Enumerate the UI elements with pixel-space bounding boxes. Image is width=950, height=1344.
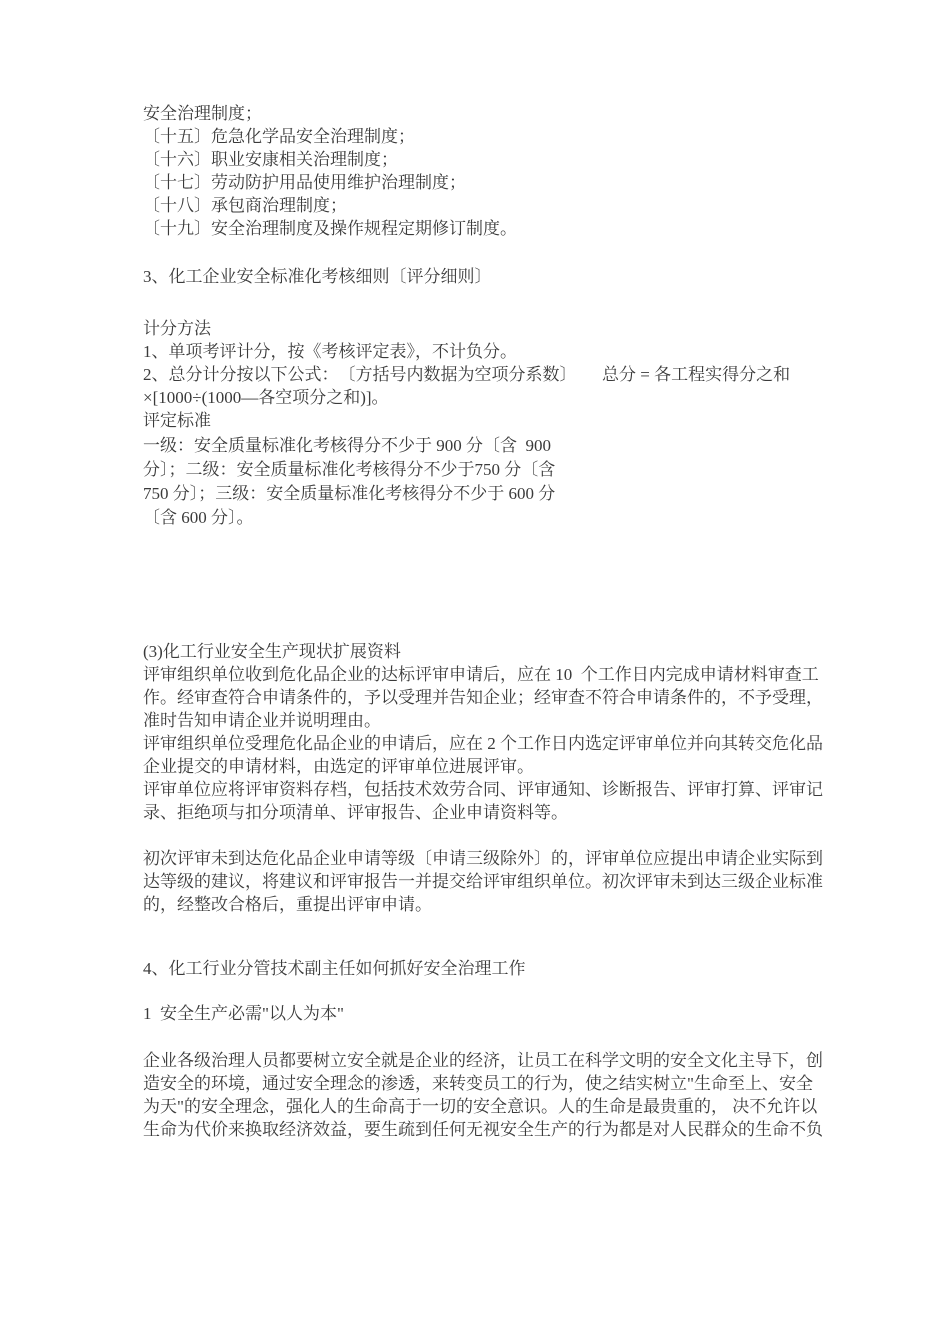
extended-info-block: (3)化工行业安全生产现状扩展资料 评审组织单位收到危化品企业的达标评审申请后，… (143, 640, 843, 824)
continued-policy-list: 安全治理制度； 〔十五〕危急化学品安全治理制度； 〔十六〕职业安康相关治理制度；… (143, 102, 843, 240)
paragraph-line: 造安全的环境，通过安全理念的渗透，来转变员工的行为，使之结实树立"生命至上、安全 (143, 1072, 843, 1095)
policy-line: 〔十六〕职业安康相关治理制度； (143, 148, 843, 171)
paragraph-line: 准时告知申请企业并说明理由。 (143, 709, 843, 732)
rating-line: 一级：安全质量标准化考核得分不少于 900 分〔含 900 (143, 434, 603, 458)
section4-heading-block: 4、化工行业分管技术副主任如何抓好安全治理工作 (143, 957, 843, 980)
scoring-formula-line: ×[1000÷(1000—各空项分之和)]。 (143, 386, 843, 409)
policy-line: 〔十五〕危急化学品安全治理制度； (143, 125, 843, 148)
rating-standard-title: 评定标准 (143, 409, 843, 432)
policy-line: 安全治理制度； (143, 102, 843, 125)
paragraph-line: 的，经整改合格后，重提出评审申请。 (143, 893, 843, 916)
rating-line: 〔含 600 分〕。 (143, 506, 603, 530)
rating-line: 分〕；二级：安全质量标准化考核得分不少于750 分〔含 (143, 458, 603, 482)
body-paragraph: 企业各级治理人员都要树立安全就是企业的经济，让员工在科学文明的安全文化主导下，创… (143, 1049, 843, 1141)
paragraph-line: 录、拒绝项与扣分项清单、评审报告、企业申请资料等。 (143, 801, 843, 824)
extended-info-heading: (3)化工行业安全生产现状扩展资料 (143, 640, 843, 663)
rating-line: 750 分〕；三级：安全质量标准化考核得分不少于 600 分 (143, 482, 603, 506)
paragraph-line: 为天"的安全理念，强化人的生命高于一切的安全意识。人的生命是最贵重的， 决不允许… (143, 1095, 843, 1118)
scoring-line: 1、单项考评计分，按《考核评定表》，不计负分。 (143, 340, 843, 363)
section3-heading-block: 3、化工企业安全标准化考核细则〔评分细则〕 (143, 265, 843, 288)
scoring-method-block: 计分方法 1、单项考评计分，按《考核评定表》，不计负分。 2、总分计分按以下公式… (143, 317, 843, 432)
policy-line: 〔十七〕劳动防护用品使用维护治理制度； (143, 171, 843, 194)
scoring-line: 2、总分计分按以下公式： 〔方括号内数据为空项分系数〕 总分 = 各工程实得分之… (143, 363, 843, 386)
paragraph-line: 企业各级治理人员都要树立安全就是企业的经济，让员工在科学文明的安全文化主导下，创 (143, 1049, 843, 1072)
section3-heading: 3、化工企业安全标准化考核细则〔评分细则〕 (143, 265, 843, 288)
paragraph-line: 生命为代价来换取经济效益，要生疏到任何无视安全生产的行为都是对人民群众的生命不负 (143, 1118, 843, 1141)
section4-heading: 4、化工行业分管技术副主任如何抓好安全治理工作 (143, 957, 843, 980)
document-page: 安全治理制度； 〔十五〕危急化学品安全治理制度； 〔十六〕职业安康相关治理制度；… (0, 0, 950, 1344)
initial-review-paragraph: 初次评审未到达危化品企业申请等级〔申请三级除外〕的，评审单位应提出申请企业实际到… (143, 847, 843, 916)
paragraph-line: 评审单位应将评审资料存档，包括技术效劳合同、评审通知、诊断报告、评审打算、评审记 (143, 778, 843, 801)
paragraph-line: 初次评审未到达危化品企业申请等级〔申请三级除外〕的，评审单位应提出申请企业实际到 (143, 847, 843, 870)
paragraph-line: 评审组织单位收到危化品企业的达标评审申请后，应在 10 个工作日内完成申请材料审… (143, 663, 843, 686)
paragraph-line: 企业提交的申请材料，由选定的评审单位进展评审。 (143, 755, 843, 778)
policy-line: 〔十八〕承包商治理制度； (143, 194, 843, 217)
scoring-method-title: 计分方法 (143, 317, 843, 340)
paragraph-line: 达等级的建议，将建议和评审报告一并提交给评审组织单位。初次评审未到达三级企业标准 (143, 870, 843, 893)
paragraph-line: 作。经审查符合申请条件的，予以受理并告知企业；经审查不符合申请条件的，不予受理， (143, 686, 843, 709)
subsection1-heading: 1 安全生产必需"以人为本" (143, 1002, 843, 1025)
policy-line: 〔十九〕安全治理制度及操作规程定期修订制度。 (143, 217, 843, 240)
rating-standard-paragraph: 一级：安全质量标准化考核得分不少于 900 分〔含 900 分〕；二级：安全质量… (143, 434, 603, 530)
subsection1-heading-block: 1 安全生产必需"以人为本" (143, 1002, 843, 1025)
paragraph-line: 评审组织单位受理危化品企业的申请后，应在 2 个工作日内选定评审单位并向其转交危… (143, 732, 843, 755)
